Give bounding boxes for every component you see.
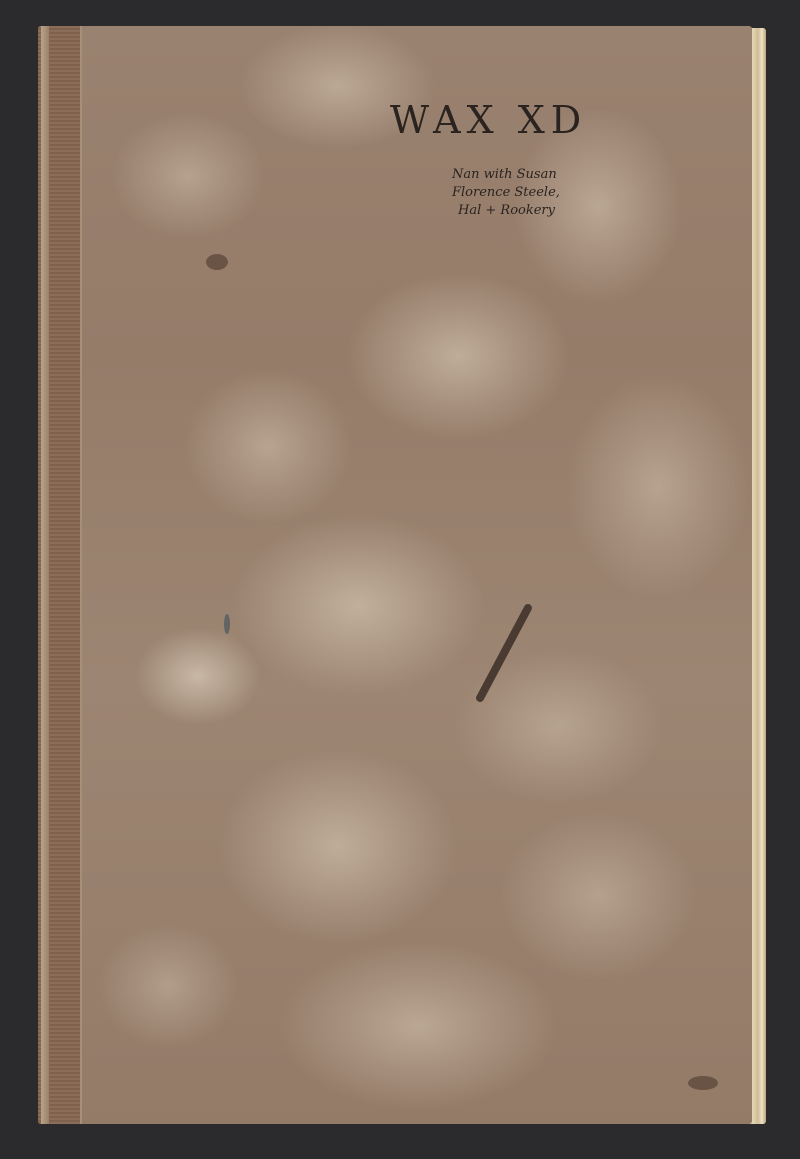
book: WAX XD Nan with Susan Florence Steele, H… — [38, 26, 766, 1124]
book-cover: WAX XD Nan with Susan Florence Steele, H… — [38, 26, 752, 1124]
note-line: Hal + Rookery — [452, 202, 652, 220]
scratch-mark — [475, 603, 534, 704]
cloth-spine — [38, 26, 82, 1124]
ink-stain — [224, 614, 230, 634]
handwritten-title: WAX XD — [390, 98, 587, 142]
note-line: Nan with Susan — [452, 166, 652, 184]
ink-stain — [206, 254, 228, 270]
handwritten-note: Nan with Susan Florence Steele, Hal + Ro… — [452, 166, 652, 220]
ink-stain — [688, 1076, 718, 1090]
note-line: Florence Steele, — [452, 184, 652, 202]
